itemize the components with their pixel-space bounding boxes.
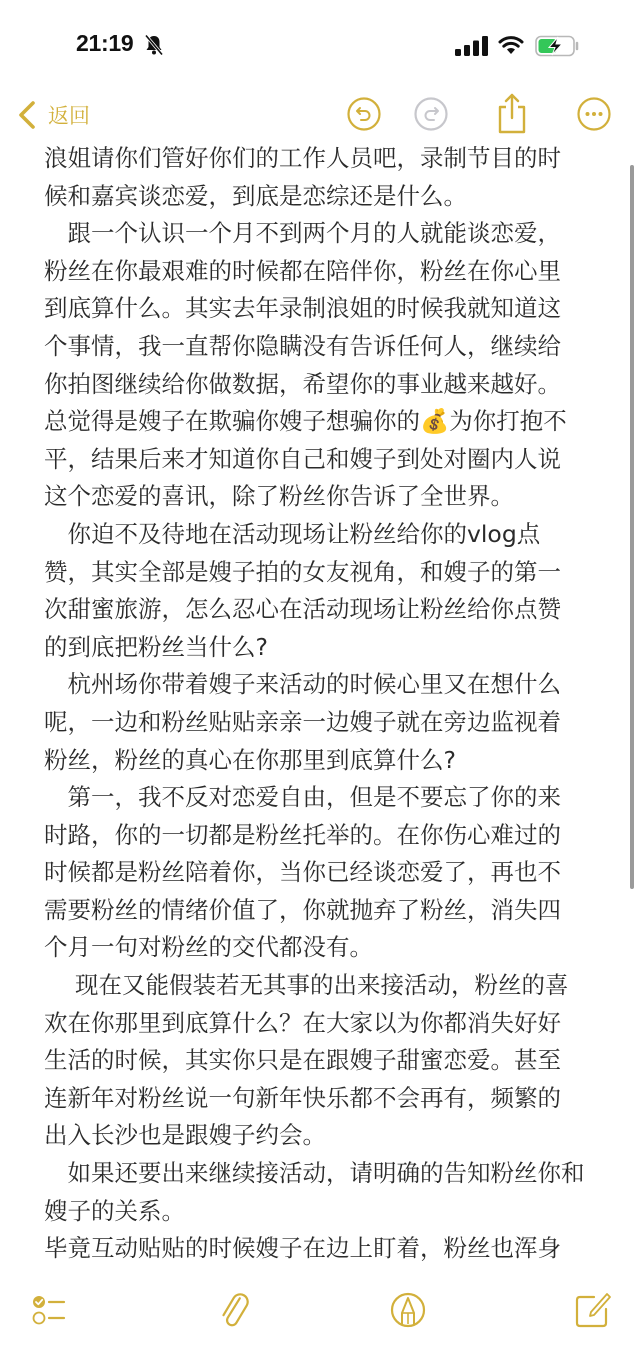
- note-line: 平，结果后来才知道你自己和嫂子到处对圈内人说: [44, 441, 604, 479]
- back-label: 返回: [48, 100, 90, 130]
- note-line: 的到底把粉丝当什么?: [44, 629, 604, 667]
- note-line: 总觉得是嫂子在欺骗你嫂子想骗你的💰为你打抱不: [44, 403, 604, 441]
- note-line: 到底算什么。其实去年录制浪姐的时候我就知道这: [44, 290, 604, 328]
- markup-pen-icon[interactable]: [388, 1290, 428, 1330]
- note-line: 个月一句对粉丝的交代都没有。: [44, 929, 604, 967]
- note-line: 时路，你的一切都是粉丝托举的。在你伤心难过的: [44, 817, 604, 855]
- redo-icon[interactable]: [413, 96, 449, 132]
- note-line: 这个恋爱的喜讯，除了粉丝你告诉了全世界。: [44, 478, 604, 516]
- note-line: 次甜蜜旅游，怎么忍心在活动现场让粉丝给你点赞: [44, 591, 604, 629]
- note-line: 现在又能假装若无其事的出来接活动，粉丝的喜: [44, 967, 604, 1005]
- checklist-icon[interactable]: [30, 1290, 70, 1330]
- note-line: 你迫不及待地在活动现场让粉丝给你的vlog点: [44, 516, 604, 554]
- note-line: 嫂子的关系。: [44, 1193, 604, 1231]
- note-line: 浪姐请你们管好你们的工作人员吧，录制节目的时: [44, 140, 604, 178]
- note-line: 时候都是粉丝陪着你，当你已经谈恋爱了，再也不: [44, 854, 604, 892]
- status-bar: 21:19: [0, 0, 640, 80]
- chevron-left-icon: [16, 100, 38, 130]
- navigation-bar: 返回: [0, 88, 640, 142]
- note-line: 生活的时候，其实你只是在跟嫂子甜蜜恋爱。甚至: [44, 1042, 604, 1080]
- note-line: 个事情，我一直帮你隐瞒没有告诉任何人，继续给: [44, 328, 604, 366]
- note-line: 杭州场你带着嫂子来活动的时候心里又在想什么: [44, 666, 604, 704]
- undo-icon[interactable]: [346, 96, 382, 132]
- note-line: 赞，其实全部是嫂子拍的女友视角，和嫂子的第一: [44, 554, 604, 592]
- note-line: 第一，我不反对恋爱自由，但是不要忘了你的来: [44, 779, 604, 817]
- note-line: 毕竟互动贴贴的时候嫂子在边上盯着，粉丝也浑身: [44, 1230, 604, 1268]
- note-line: 欢在你那里到底算什么？在大家以为你都消失好好: [44, 1005, 604, 1043]
- note-line: 候和嘉宾谈恋爱，到底是恋综还是什么。: [44, 178, 604, 216]
- compose-icon[interactable]: [572, 1290, 612, 1330]
- paperclip-icon[interactable]: [214, 1290, 254, 1330]
- bottom-toolbar: [0, 1280, 640, 1346]
- note-line: 如果还要出来继续接活动，请明确的告知粉丝你和: [44, 1155, 604, 1193]
- note-line: 跟一个认识一个月不到两个月的人就能谈恋爱，: [44, 215, 604, 253]
- more-icon[interactable]: [576, 96, 612, 132]
- status-time: 21:19: [76, 30, 133, 57]
- cellular-signal-icon: [455, 36, 489, 56]
- vertical-scrollbar[interactable]: [630, 165, 634, 889]
- bell-slash-icon: [144, 34, 164, 56]
- battery-charging-icon: [535, 35, 581, 57]
- note-body[interactable]: 浪姐请你们管好你们的工作人员吧，录制节目的时 候和嘉宾谈恋爱，到底是恋综还是什么…: [44, 140, 604, 1268]
- note-line: 粉丝在你最艰难的时候都在陪伴你，粉丝在你心里: [44, 253, 604, 291]
- note-line: 连新年对粉丝说一句新年快乐都不会再有，频繁的: [44, 1080, 604, 1118]
- wifi-icon: [498, 35, 524, 55]
- note-line: 出入长沙也是跟嫂子约会。: [44, 1117, 604, 1155]
- share-icon[interactable]: [494, 92, 530, 134]
- note-line: 粉丝，粉丝的真心在你那里到底算什么?: [44, 742, 604, 780]
- note-line: 需要粉丝的情绪价值了，你就抛弃了粉丝，消失四: [44, 892, 604, 930]
- note-line: 你拍图继续给你做数据，希望你的事业越来越好。: [44, 366, 604, 404]
- note-line: 呢，一边和粉丝贴贴亲亲一边嫂子就在旁边监视着: [44, 704, 604, 742]
- back-button[interactable]: 返回: [16, 98, 90, 132]
